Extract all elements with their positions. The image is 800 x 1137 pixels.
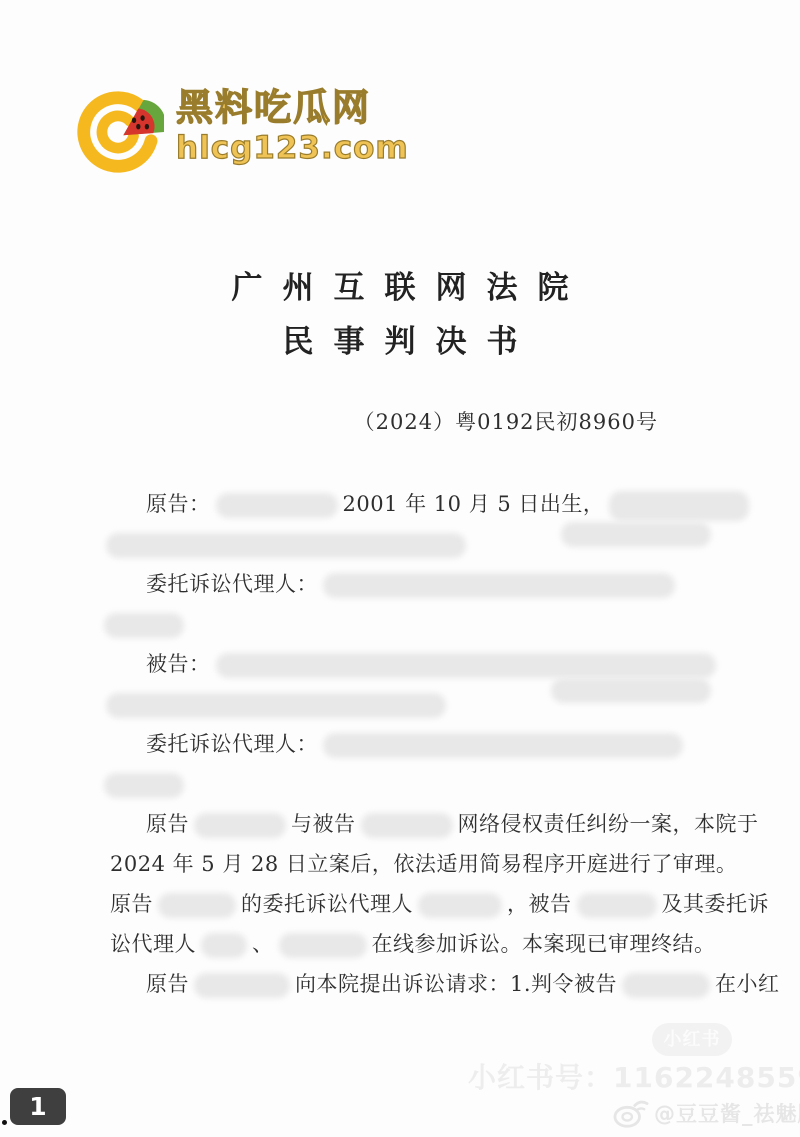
redaction-name	[201, 933, 247, 958]
redaction-name	[361, 813, 453, 838]
case-summary-line-4: 讼代理人、在线参加诉讼。本案现已审理终结。	[110, 924, 716, 964]
body-text: 在小红	[715, 972, 780, 996]
redacted-line	[110, 684, 716, 724]
weibo-handle: @豆豆酱_祛魅版	[654, 1098, 800, 1128]
redaction-plaintiff-name	[216, 493, 338, 518]
watermelon-logo-icon	[72, 86, 164, 178]
body-text: 在线参加诉讼。本案现已审理终结。	[372, 932, 716, 956]
site-name: 黑料吃瓜网	[176, 86, 409, 130]
redaction-name	[194, 973, 290, 998]
case-summary-line-2: 2024 年 5 月 28 日立案后，依法适用简易程序开庭进行了审理。	[110, 844, 716, 884]
document-type-title: 民事判决书	[0, 316, 800, 361]
body-text: 2024 年 5 月 28 日立案后，依法适用简易程序开庭进行了审理。	[110, 852, 737, 876]
body-text: 讼代理人	[110, 932, 196, 956]
redaction-defendant-info	[106, 693, 446, 718]
body-text: 网络侵权责任纠纷一案，本院于	[458, 812, 759, 836]
agent-label: 委托诉讼代理人：	[146, 572, 318, 596]
redaction-name	[194, 813, 286, 838]
body-text: 与被告	[291, 812, 356, 836]
redacted-line	[110, 604, 716, 644]
site-watermark-logo: 黑料吃瓜网 hlcg123.com	[72, 86, 409, 178]
corner-dot	[2, 1120, 7, 1125]
xiaohongshu-id-watermark: 小红书号：11622485591	[468, 1056, 798, 1096]
case-summary-line-3: 原告的委托诉讼代理人，被告及其委托诉	[110, 884, 716, 924]
site-watermark-text: 黑料吃瓜网 hlcg123.com	[176, 86, 409, 166]
redaction-defendant-info-right	[551, 678, 711, 703]
xiaohongshu-badge: 小红书	[652, 1023, 732, 1056]
weibo-icon	[612, 1096, 650, 1130]
redaction-agent-name	[323, 573, 675, 598]
redacted-line	[110, 524, 716, 564]
document-body: 原告：2001 年 10 月 5 日出生， 委托诉讼代理人： 被告： 委托诉讼代…	[110, 484, 716, 1004]
plaintiff-line: 原告：2001 年 10 月 5 日出生，	[110, 484, 716, 524]
redaction-name	[279, 933, 367, 958]
body-text: 的委托诉讼代理人	[241, 892, 413, 916]
body-text: 、	[252, 932, 274, 956]
body-text: 向本院提出诉讼请求：1.判令被告	[295, 972, 617, 996]
agent-label: 委托诉讼代理人：	[146, 732, 318, 756]
redaction-defendant-name	[216, 653, 716, 678]
body-text: 原告	[146, 972, 189, 996]
redaction-plaintiff-address	[106, 533, 466, 558]
case-summary-line-1: 原告与被告网络侵权责任纠纷一案，本院于	[110, 804, 716, 844]
body-text: ，被告	[507, 892, 572, 916]
plaintiff-agent-line: 委托诉讼代理人：	[110, 564, 716, 604]
body-text: 原告	[146, 812, 189, 836]
defendant-label: 被告：	[146, 652, 211, 676]
birthdate-text: 2001 年 10 月 5 日出生，	[343, 492, 605, 516]
redaction-agent-firm	[104, 613, 184, 638]
redaction-defendant-agent-name	[323, 733, 683, 758]
page-number-badge: 1	[10, 1088, 66, 1125]
redaction-plaintiff-address-right	[561, 522, 711, 547]
redacted-line	[110, 764, 716, 804]
weibo-watermark: @豆豆酱_祛魅版	[612, 1096, 800, 1130]
case-number: （2024）粤0192民初8960号	[0, 406, 800, 436]
body-text: 原告	[110, 892, 153, 916]
redaction-defendant-agent-firm	[104, 773, 184, 798]
scanned-judgment-page: { "logo": { "site_name": "黑料吃瓜网", "site_…	[0, 0, 800, 1137]
redaction-name	[418, 893, 502, 918]
redaction-name	[158, 893, 236, 918]
body-text: 及其委托诉	[662, 892, 770, 916]
redaction-plaintiff-info	[609, 491, 749, 521]
plaintiff-label: 原告：	[146, 492, 211, 516]
redaction-name	[622, 973, 710, 998]
court-name: 广州互联网法院	[0, 262, 800, 307]
defendant-agent-line: 委托诉讼代理人：	[110, 724, 716, 764]
redaction-name	[577, 893, 657, 918]
claims-line-1: 原告向本院提出诉讼请求：1.判令被告在小红	[110, 964, 716, 1004]
site-url: hlcg123.com	[176, 130, 409, 166]
